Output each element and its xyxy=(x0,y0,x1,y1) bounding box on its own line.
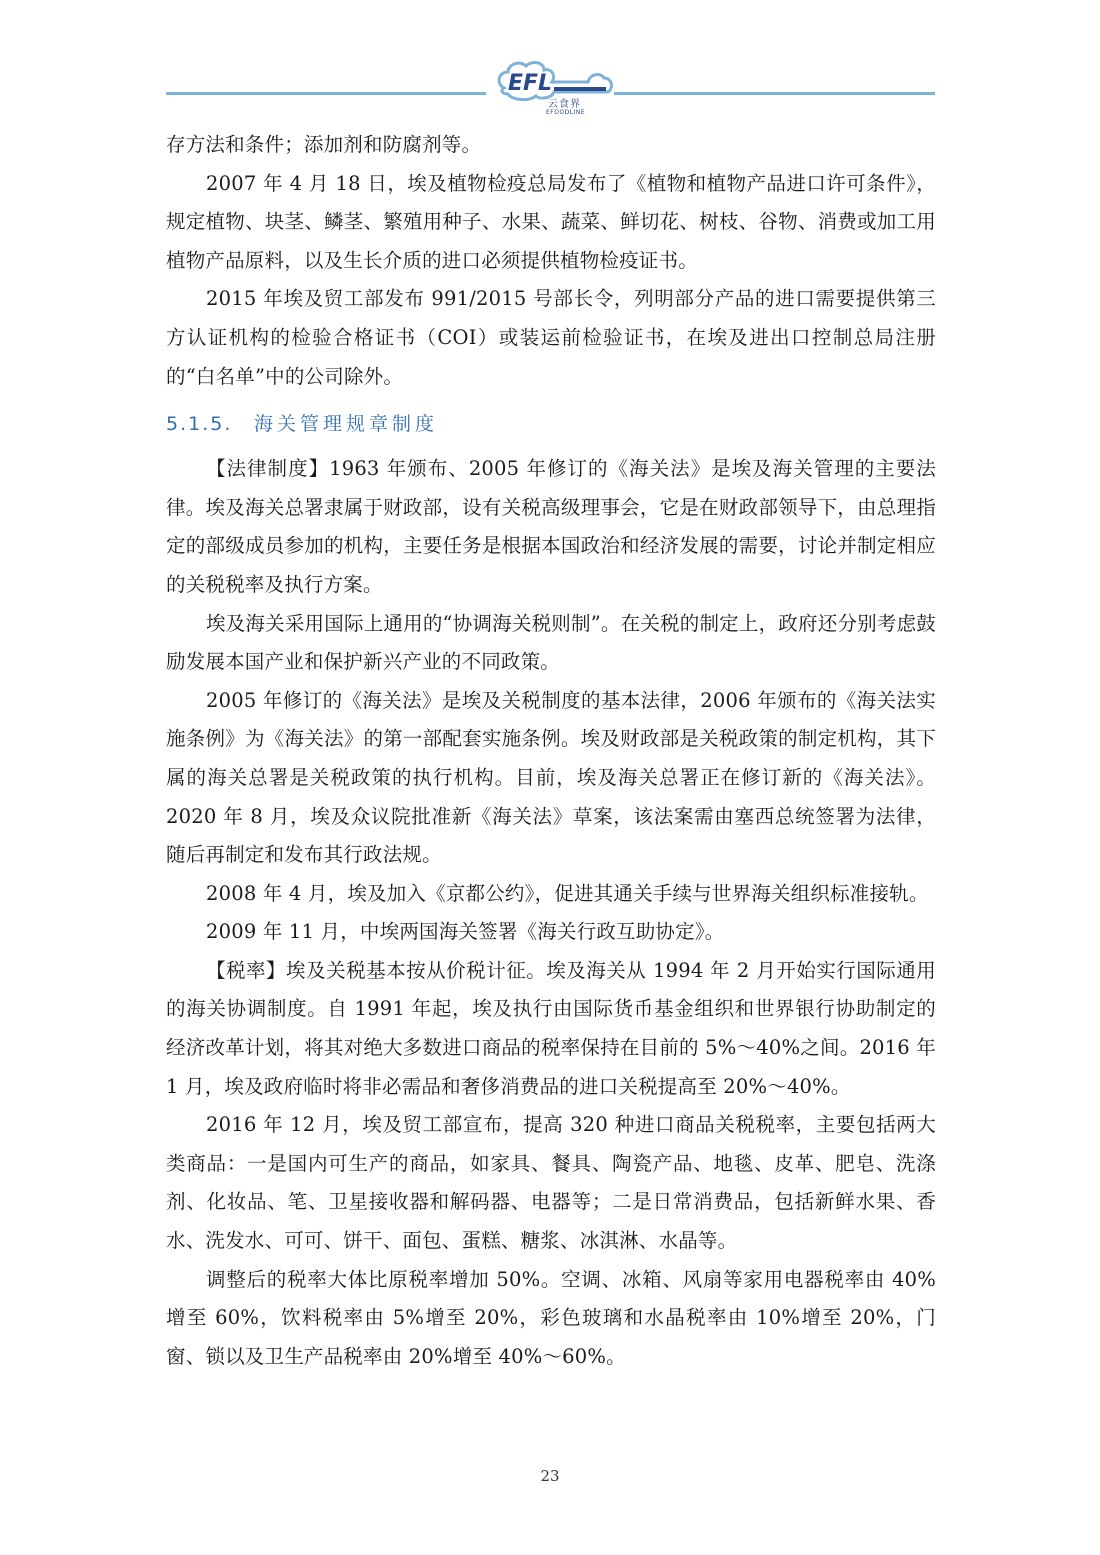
paragraph: 2016 年 12 月，埃及贸工部宣布，提高 320 种进口商品关税税率，主要包… xyxy=(166,1106,936,1260)
paragraph: 调整后的税率大体比原税率增加 50%。空调、冰箱、风扇等家用电器税率由 40%增… xyxy=(166,1261,936,1377)
paragraph: 【税率】埃及关税基本按从价税计征。埃及海关从 1994 年 2 月开始实行国际通… xyxy=(166,952,936,1106)
section-title: 海关管理规章制度 xyxy=(254,413,438,435)
page-number: 23 xyxy=(0,1467,1100,1485)
section-number: 5.1.5. xyxy=(166,404,254,444)
page-header: EFL 云食界 EFOODLINE xyxy=(0,58,1100,122)
document-body: 存方法和条件；添加剂和防腐剂等。 2007 年 4 月 18 日，埃及植物检疫总… xyxy=(166,126,936,1376)
paragraph: 2009 年 11 月，中埃两国海关签署《海关行政互助协定》。 xyxy=(166,913,936,952)
paragraph: 存方法和条件；添加剂和防腐剂等。 xyxy=(166,126,936,165)
paragraph: 2005 年修订的《海关法》是埃及关税制度的基本法律，2006 年颁布的《海关法… xyxy=(166,682,936,875)
paragraph: 【法律制度】1963 年颁布、2005 年修订的《海关法》是埃及海关管理的主要法… xyxy=(166,450,936,604)
paragraph: 2007 年 4 月 18 日，埃及植物检疫总局发布了《植物和植物产品进口许可条… xyxy=(166,165,936,281)
section-heading: 5.1.5.海关管理规章制度 xyxy=(166,404,936,444)
paragraph: 2015 年埃及贸工部发布 991/2015 号部长令，列明部分产品的进口需要提… xyxy=(166,280,936,396)
logo-en-text: EFOODLINE xyxy=(546,109,585,116)
paragraph: 埃及海关采用国际上通用的“协调海关税则制”。在关税的制定上，政府还分别考虑鼓励发… xyxy=(166,605,936,682)
svg-text:EFL: EFL xyxy=(508,71,552,96)
header-rule-left xyxy=(166,92,486,95)
header-rule-right xyxy=(614,92,935,95)
logo-cn-text: 云食界 xyxy=(548,95,581,110)
paragraph: 2008 年 4 月，埃及加入《京都公约》，促进其通关手续与世界海关组织标准接轨… xyxy=(166,875,936,914)
